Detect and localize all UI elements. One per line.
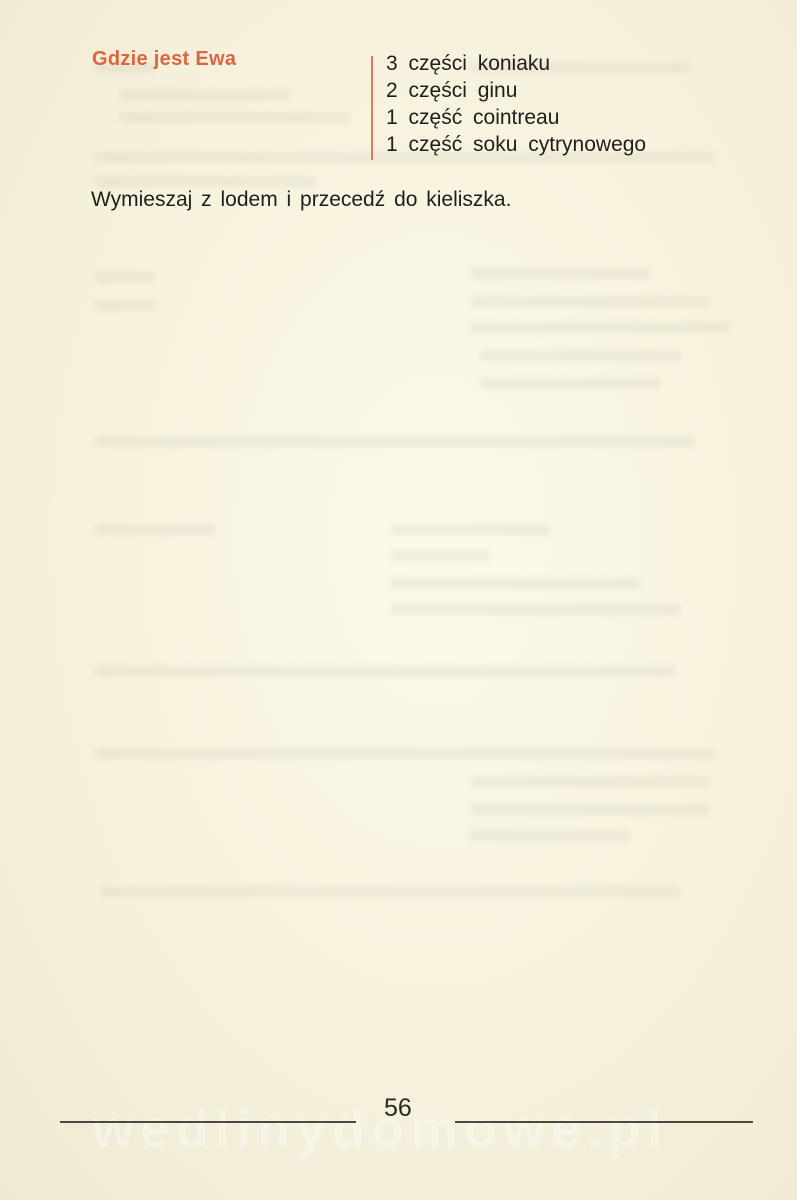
page-number: 56 — [384, 1094, 412, 1123]
recipe-title: Gdzie jest Ewa — [92, 48, 236, 71]
ingredient-divider — [371, 56, 373, 160]
book-page: Gdzie jest Ewa 3 części koniaku 2 części… — [0, 0, 797, 1200]
footer-rule-right — [455, 1121, 753, 1123]
ingredient-item: 1 część cointreau — [386, 104, 646, 131]
footer-rule-left — [60, 1121, 356, 1123]
watermark: wedlinydomowe.pl — [92, 1098, 668, 1160]
recipe-instruction: Wymieszaj z lodem i przecedź do kieliszk… — [91, 188, 511, 212]
ingredient-item: 1 część soku cytrynowego — [386, 131, 646, 158]
ingredient-item: 2 części ginu — [386, 77, 646, 104]
ingredient-list: 3 części koniaku 2 części ginu 1 część c… — [386, 50, 646, 158]
ingredient-item: 3 części koniaku — [386, 50, 646, 77]
